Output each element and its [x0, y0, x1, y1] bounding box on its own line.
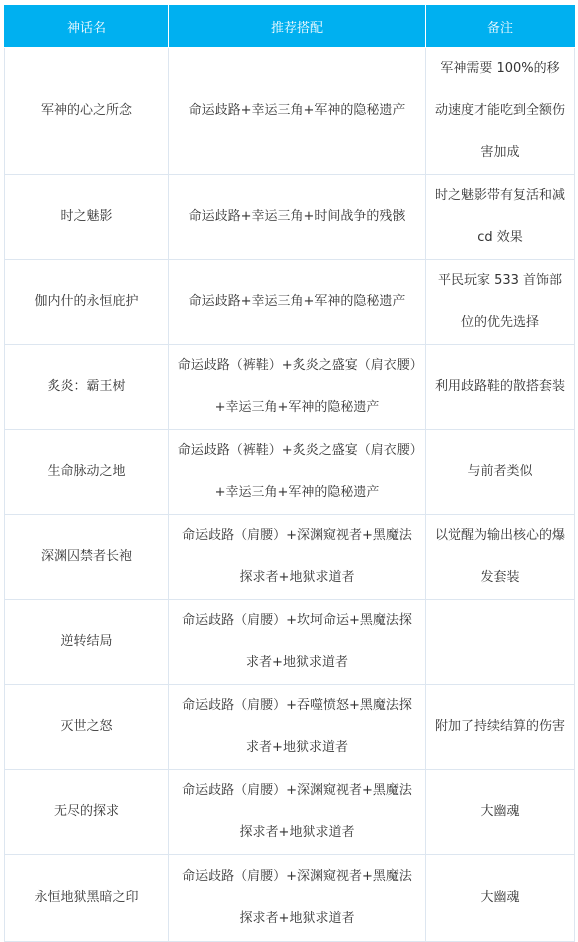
mythic-name-cell: 炙炎：霸王树 [5, 345, 169, 430]
table-row: 无尽的探求 命运歧路（肩腰）+深渊窥视者+黑魔法探求者+地狱求道者 大幽魂 [5, 770, 575, 855]
mythic-name-cell: 时之魅影 [5, 175, 169, 260]
combo-cell: 命运歧路+幸运三角+军神的隐秘遗产 [169, 260, 426, 345]
header-recommended-combo: 推荐搭配 [169, 6, 426, 48]
note-cell: 时之魅影带有复活和减 cd 效果 [426, 175, 575, 260]
mythic-name-cell: 军神的心之所念 [5, 48, 169, 175]
table-row: 生命脉动之地 命运歧路（裤鞋）+炙炎之盛宴（肩衣腰）+幸运三角+军神的隐秘遗产 … [5, 430, 575, 515]
mythic-name-cell: 无尽的探求 [5, 770, 169, 855]
table-row: 永恒地狱黑暗之印 命运歧路（肩腰）+深渊窥视者+黑魔法探求者+地狱求道者 大幽魂 [5, 855, 575, 942]
table-row: 深渊囚禁者长袍 命运歧路（肩腰）+深渊窥视者+黑魔法探求者+地狱求道者 以觉醒为… [5, 515, 575, 600]
note-cell: 大幽魂 [426, 770, 575, 855]
table-header-row: 神话名 推荐搭配 备注 [5, 6, 575, 48]
table-row: 炙炎：霸王树 命运歧路（裤鞋）+炙炎之盛宴（肩衣腰）+幸运三角+军神的隐秘遗产 … [5, 345, 575, 430]
note-cell: 与前者类似 [426, 430, 575, 515]
mythic-build-table: 神话名 推荐搭配 备注 军神的心之所念 命运歧路+幸运三角+军神的隐秘遗产 军神… [4, 5, 575, 942]
mythic-name-cell: 永恒地狱黑暗之印 [5, 855, 169, 942]
combo-cell: 命运歧路+幸运三角+军神的隐秘遗产 [169, 48, 426, 175]
mythic-name-cell: 生命脉动之地 [5, 430, 169, 515]
mythic-name-cell: 逆转结局 [5, 600, 169, 685]
header-mythic-name: 神话名 [5, 6, 169, 48]
combo-cell: 命运歧路（肩腰）+吞噬愤怒+黑魔法探求者+地狱求道者 [169, 685, 426, 770]
combo-cell: 命运歧路（肩腰）+深渊窥视者+黑魔法探求者+地狱求道者 [169, 770, 426, 855]
note-cell: 大幽魂 [426, 855, 575, 942]
table-row: 时之魅影 命运歧路+幸运三角+时间战争的残骸 时之魅影带有复活和减 cd 效果 [5, 175, 575, 260]
table-row: 逆转结局 命运歧路（肩腰）+坎坷命运+黑魔法探求者+地狱求道者 [5, 600, 575, 685]
note-cell: 利用歧路鞋的散搭套装 [426, 345, 575, 430]
note-cell: 平民玩家 533 首饰部位的优先选择 [426, 260, 575, 345]
table-row: 军神的心之所念 命运歧路+幸运三角+军神的隐秘遗产 军神需要 100%的移动速度… [5, 48, 575, 175]
mythic-name-cell: 伽内什的永恒庇护 [5, 260, 169, 345]
note-cell [426, 600, 575, 685]
note-cell: 军神需要 100%的移动速度才能吃到全额伤害加成 [426, 48, 575, 175]
mythic-name-cell: 灭世之怒 [5, 685, 169, 770]
table-row: 灭世之怒 命运歧路（肩腰）+吞噬愤怒+黑魔法探求者+地狱求道者 附加了持续结算的… [5, 685, 575, 770]
combo-cell: 命运歧路（肩腰）+深渊窥视者+黑魔法探求者+地狱求道者 [169, 515, 426, 600]
combo-cell: 命运歧路+幸运三角+时间战争的残骸 [169, 175, 426, 260]
combo-cell: 命运歧路（肩腰）+深渊窥视者+黑魔法探求者+地狱求道者 [169, 855, 426, 942]
table-row: 伽内什的永恒庇护 命运歧路+幸运三角+军神的隐秘遗产 平民玩家 533 首饰部位… [5, 260, 575, 345]
header-notes: 备注 [426, 6, 575, 48]
note-cell: 以觉醒为输出核心的爆发套装 [426, 515, 575, 600]
note-cell: 附加了持续结算的伤害 [426, 685, 575, 770]
combo-cell: 命运歧路（裤鞋）+炙炎之盛宴（肩衣腰）+幸运三角+军神的隐秘遗产 [169, 430, 426, 515]
combo-cell: 命运歧路（裤鞋）+炙炎之盛宴（肩衣腰）+幸运三角+军神的隐秘遗产 [169, 345, 426, 430]
combo-cell: 命运歧路（肩腰）+坎坷命运+黑魔法探求者+地狱求道者 [169, 600, 426, 685]
mythic-name-cell: 深渊囚禁者长袍 [5, 515, 169, 600]
